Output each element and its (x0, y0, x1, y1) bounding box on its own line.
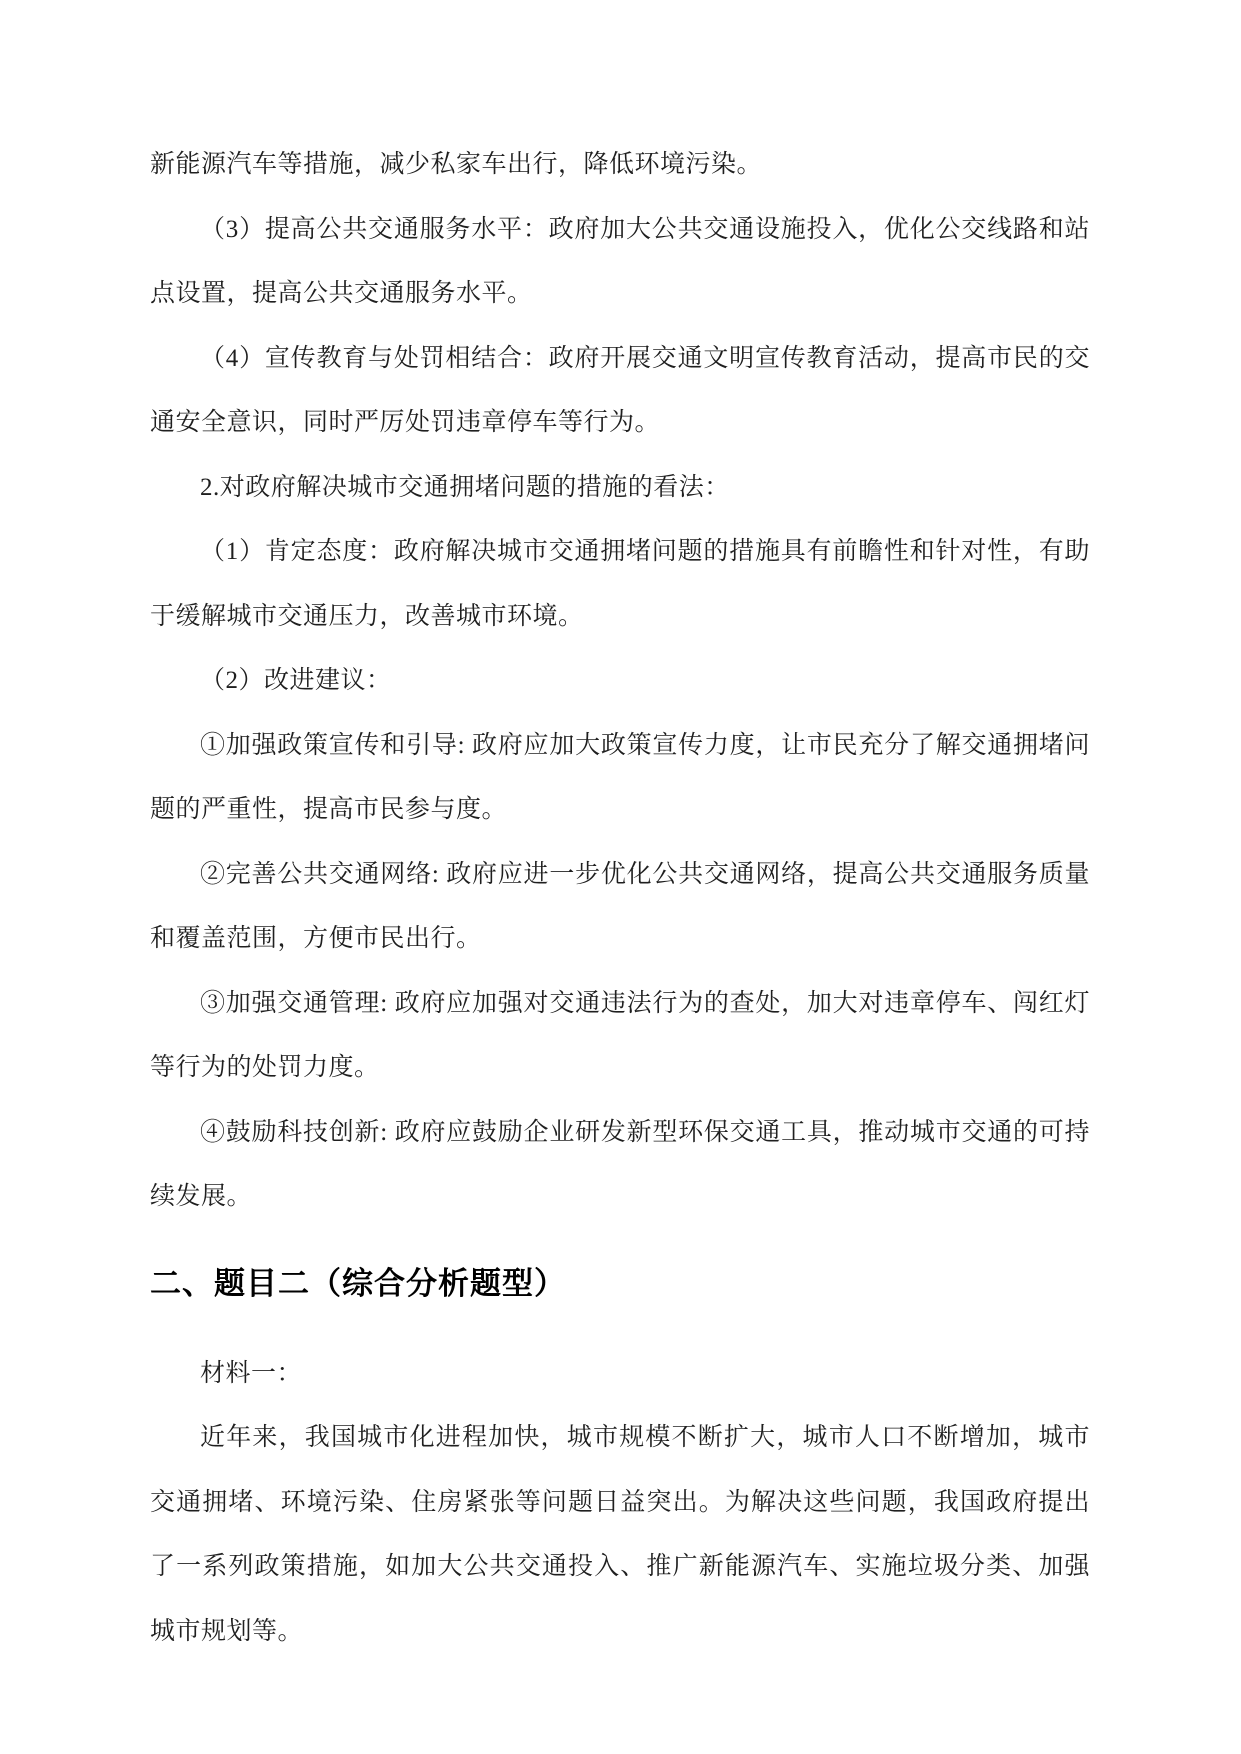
answer-question-2-intro: 2.对政府解决城市交通拥堵问题的措施的看法： (150, 456, 1090, 521)
answer-point-4: （4）宣传教育与处罚相结合：政府开展交通文明宣传教育活动，提高市民的交通安全意识… (150, 327, 1090, 456)
material-one-text: 近年来，我国城市化进程加快，城市规模不断扩大，城市人口不断增加，城市交通拥堵、环… (150, 1406, 1090, 1664)
suggestion-3: ③加强交通管理: 政府应加强对交通违法行为的查处，加大对违章停车、闯红灯等行为的… (150, 972, 1090, 1101)
document-page: 新能源汽车等措施，减少私家车出行，降低环境污染。 （3）提高公共交通服务水平：政… (0, 0, 1241, 1754)
material-one-label: 材料一： (150, 1342, 1090, 1407)
suggestion-4: ④鼓励科技创新: 政府应鼓励企业研发新型环保交通工具，推动城市交通的可持续发展。 (150, 1101, 1090, 1230)
suggestion-1: ①加强政策宣传和引导: 政府应加大政策宣传力度，让市民充分了解交通拥堵问题的严重… (150, 714, 1090, 843)
section-two-heading: 二、题目二（综合分析题型） (150, 1261, 1090, 1307)
answer-point-3: （3）提高公共交通服务水平：政府加大公共交通设施投入，优化公交线路和站点设置，提… (150, 198, 1090, 327)
answer-suggestions-label: （2）改进建议： (150, 649, 1090, 714)
suggestion-2: ②完善公共交通网络: 政府应进一步优化公共交通网络，提高公共交通服务质量和覆盖范… (150, 843, 1090, 972)
answer-attitude: （1）肯定态度：政府解决城市交通拥堵问题的措施具有前瞻性和针对性，有助于缓解城市… (150, 520, 1090, 649)
paragraph-overflow-tail: 新能源汽车等措施，减少私家车出行，降低环境污染。 (150, 133, 1090, 198)
